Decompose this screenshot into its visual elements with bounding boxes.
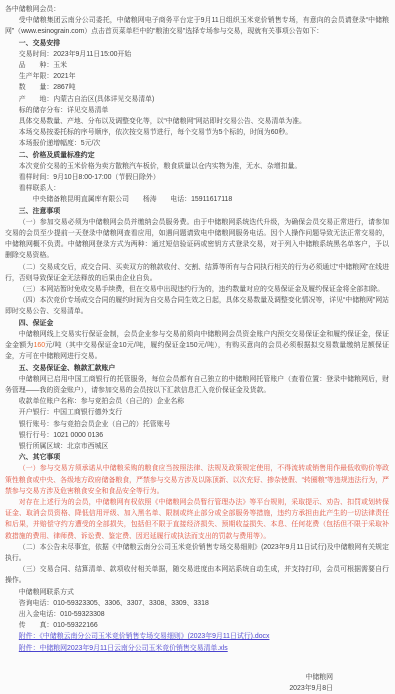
deposit-amount: 160 [34, 342, 46, 349]
funds-phone-line: 出入金电话：010-59323308 [5, 609, 389, 620]
body-paragraph: （一）参加交易必须为中储粮网会员并缴纳会员服务费。由于中储粮网系统迭代升级，为确… [5, 217, 389, 262]
body-paragraph: （三）本网站暂时免收交易手续费，但在交易中出现违约行为的，违约数量对应的交易保证… [5, 284, 389, 295]
fax-line: 传 真：010-59322166 [5, 620, 389, 631]
body-paragraph: （二）交易成交后，成交合同、买卖双方的粮款收付、交割、结算等所有与合同执行相关的… [5, 262, 389, 284]
body-paragraph: 本次竞价交易的玉米价格为卖方散粮汽车板价，粮食质量以仓内实物为准，无水、杂增扣量… [5, 161, 389, 172]
production-year-line: 生产年限：2021年 [5, 71, 389, 82]
bank-code-line: 银行行号：1021 0000 0136 [5, 430, 389, 441]
notice-body: 各中储粮网会员：受中储粮集团云南分公司委托，中储粮网电子商务平台定于9月11日组… [5, 4, 389, 654]
notice-document: 各中储粮网会员：受中储粮集团云南分公司委托，中储粮网电子商务平台定于9月11日组… [0, 0, 395, 694]
storage-distribution-line: 标的储存分布：详见交易清单 [5, 105, 389, 116]
inspection-contact-label: 看样联系人： [5, 183, 389, 194]
consult-phone-line: 咨询电话：010-59323305、3306、3307、3308、3309、33… [5, 598, 389, 609]
body-paragraph: 本场交易按委托标的序号顺序，依次按交易节进行，每个交易节为5个标的，时间为60秒… [5, 127, 389, 138]
origin-line: 产 地：内蒙古自治区(具体详见交易清单) [5, 94, 389, 105]
body-paragraph: 具体交易数量、产地、分布以及调整变化等，以“中储粮网”网站即时交易公告、交易清单… [5, 116, 389, 127]
contact-section-label: 中储粮网联系方式 [5, 587, 389, 598]
body-paragraph: （二）本公告未尽事宜，依据《中储粮云南分公司玉米竞价销售专场交易细则》(2023… [5, 542, 389, 564]
intro-paragraph: 受中储粮集团云南分公司委托，中储粮网电子商务平台定于9月11日组织玉米竞价销售专… [5, 15, 389, 37]
payee-name-line: 收款单位账户名称：参与竞拍会员（自己的）企业名称 [5, 396, 389, 407]
body-paragraph: （四）本次竞价专场成交合同的履约时间为自交易合同生效之日起，具体交易数量及调整变… [5, 295, 389, 317]
bank-region-line: 银行所属区域：北京市西城区 [5, 441, 389, 452]
bank-name-line: 开户银行：中国工商银行德外支行 [5, 407, 389, 418]
body-paragraph: （三）交易合同、结算清单、款项收付相关单据，随交易进度由本网站系统自动生成，并支… [5, 564, 389, 586]
variety-line: 品 种：玉米 [5, 60, 389, 71]
section-1-heading: 一、交易安排 [5, 38, 389, 49]
attachment-link-list[interactable]: 附件：中储粮网2023年9月11日云南分公司玉米竞价销售交易清单.xls [5, 643, 389, 654]
section-3-heading: 三、注意事项 [5, 206, 389, 217]
section-6-heading: 六、其它事项 [5, 452, 389, 463]
warning-paragraph: 对存在上述行为的会员，中储粮网有权依照《中储粮网会员暂行管理办法》等平台规则，采… [5, 497, 389, 542]
warning-paragraph: （一）参与交易方须承诺从中储粮采购的粮食应当按照法律、法规及政策规定使用，不得流… [5, 463, 389, 497]
contact-line: 中央储备粮昆明直属库有限公司 杨涛 电话：15911617118 [5, 194, 389, 205]
signature: 中储粮网 2023年9月8日 [5, 672, 389, 694]
section-5-heading: 五、交易保证金、粮款汇款账户 [5, 363, 389, 374]
quantity-line: 数 量：2867吨 [5, 82, 389, 93]
inspection-time-line: 看样时间：9月10日8:00-17:00（节假日除外） [5, 172, 389, 183]
signature-date: 2023年9月8日 [5, 683, 333, 694]
bid-increment-line: 本场报价递增幅度：5元/次 [5, 138, 389, 149]
bank-account-line: 银行账号：参与竞拍会员企业（自己的）托管账号 [5, 419, 389, 430]
salutation: 各中储粮网会员： [5, 4, 389, 15]
section-2-heading: 二、价格及质量标准约定 [5, 150, 389, 161]
deposit-paragraph: 中储粮网线上交易实行保证金制，会员企业参与交易前须向中储粮网会员资金账户内预交交… [5, 329, 389, 363]
section-4-heading: 四、保证金 [5, 318, 389, 329]
body-paragraph: 中储粮网已启用中国工商银行的托管服务，每位会员都有自己独立的中储粮网托管账户（查… [5, 374, 389, 396]
signature-name: 中储粮网 [5, 672, 333, 683]
attachment-link-rules[interactable]: 附件：《中储粮云南分公司玉米竞价销售专场交易细则》(2023年9月11日试行).… [5, 631, 389, 642]
trade-time-line: 交易时间：2023年9月11日15:00开始 [5, 49, 389, 60]
